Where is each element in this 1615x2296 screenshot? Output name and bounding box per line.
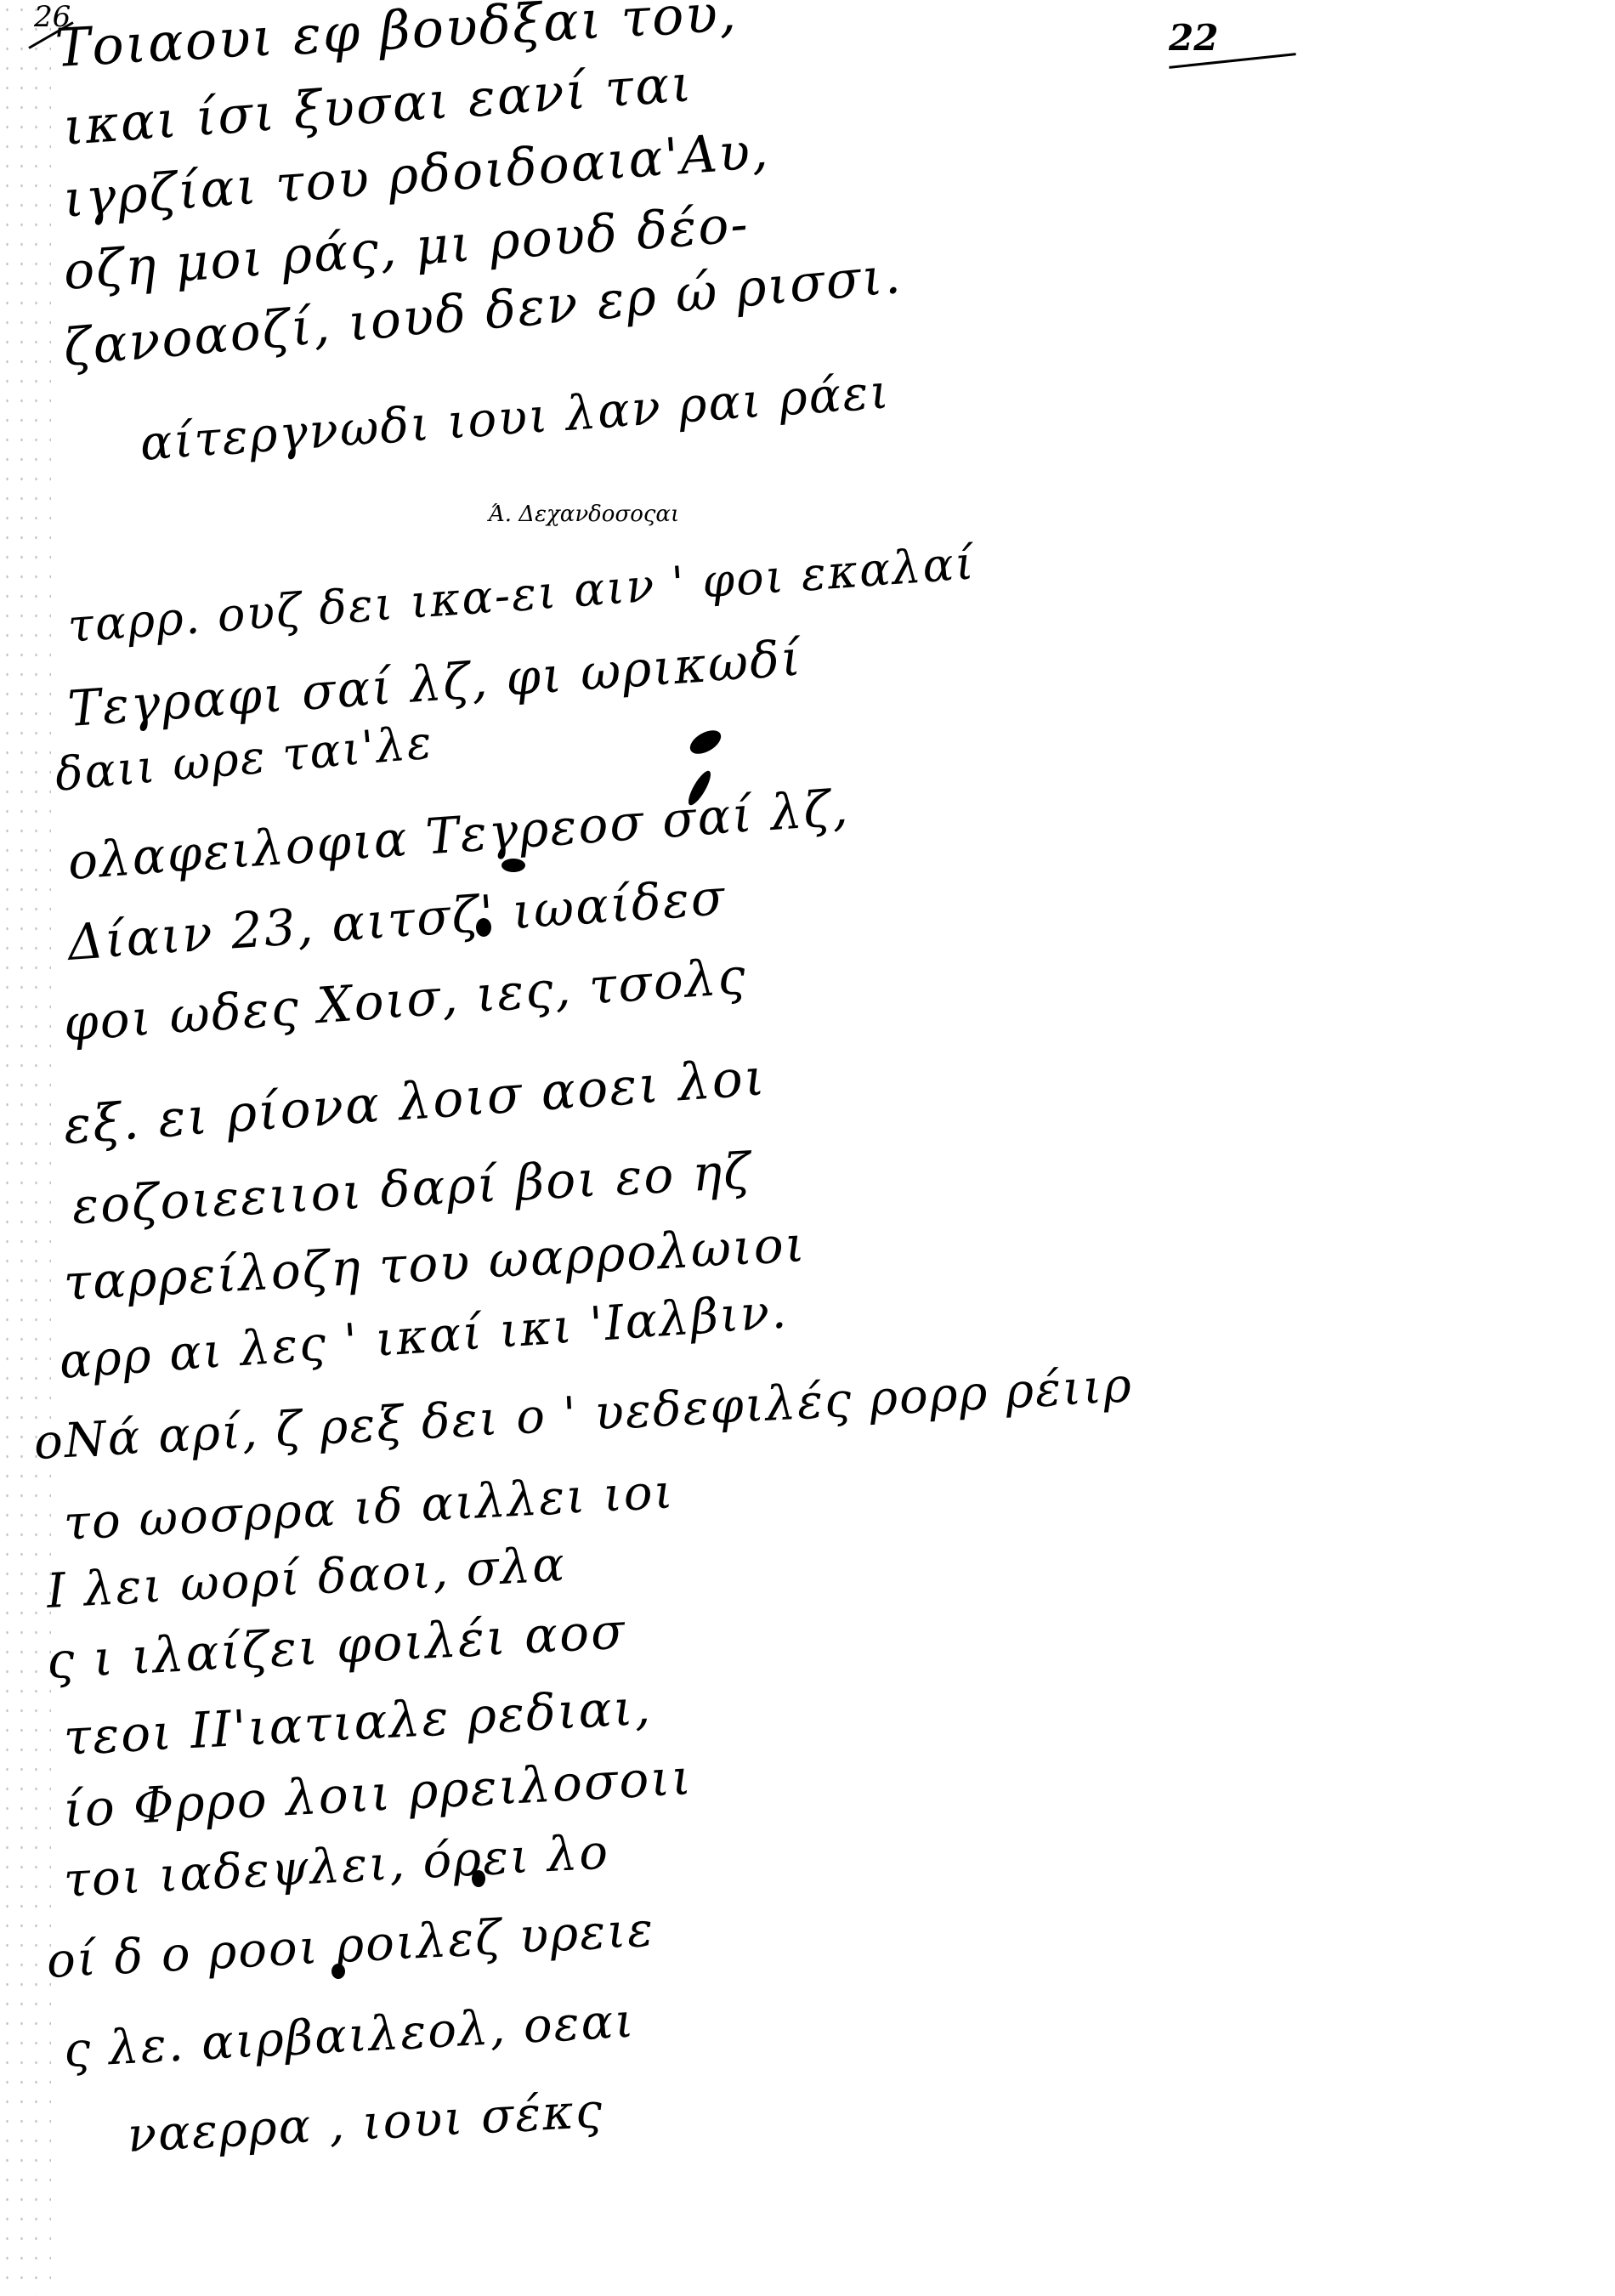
handwritten-line: Ι λει ωορί δαοι, σλα bbox=[45, 1537, 567, 1619]
page-number-right: 22 bbox=[1169, 17, 1218, 59]
ink-blot bbox=[331, 1964, 345, 1979]
handwritten-line: οί δ ο ροοι ροιλεζ υρειε bbox=[45, 1902, 655, 1989]
handwritten-line: ς λε. αιρβαιλεολ, οεαι bbox=[62, 1993, 637, 2078]
handwritten-line: το ωοσρρα ιδ αιλλει ιοι bbox=[62, 1464, 676, 1551]
handwritten-line: ολαφειλοφια Τεγρεοσ σαί λζ, bbox=[66, 779, 852, 891]
handwritten-line: αίτεργνωδι ιουι λαν ραι ράει bbox=[139, 364, 892, 472]
manuscript-page: 26 22 Τοιαουι εφ βουδξαι του,ικαι ίσι ξυ… bbox=[0, 0, 1615, 2296]
ink-blot bbox=[501, 859, 525, 872]
handwritten-line: εοζοιεειιοι δαρί βοι εο ηζ bbox=[71, 1142, 753, 1235]
ink-blot bbox=[472, 1870, 485, 1887]
ink-blot bbox=[686, 725, 725, 758]
handwritten-line: τεοι ΙΙ'ιατιαλε ρεδιαι, bbox=[62, 1678, 653, 1766]
handwritten-line: τοι ιαδεψλει, όρει λο bbox=[62, 1824, 610, 1908]
scan-noise-margin bbox=[0, 0, 51, 2296]
handwritten-line: ναερρα , ιουι σέκς bbox=[126, 2083, 604, 2163]
signature: Ά. Δεχανδοσοςαι bbox=[489, 502, 679, 527]
handwritten-line: ς ι ιλαίζει φοιλέι αοσ bbox=[45, 1602, 627, 1690]
ink-blot bbox=[476, 918, 491, 937]
handwritten-line: ταρρ. ουζ δει ικα-ει αιν ' φοι εκαλαί bbox=[66, 536, 977, 652]
handwritten-line: εξ. ει ρίονα λοισ αοει λοι bbox=[62, 1047, 768, 1156]
